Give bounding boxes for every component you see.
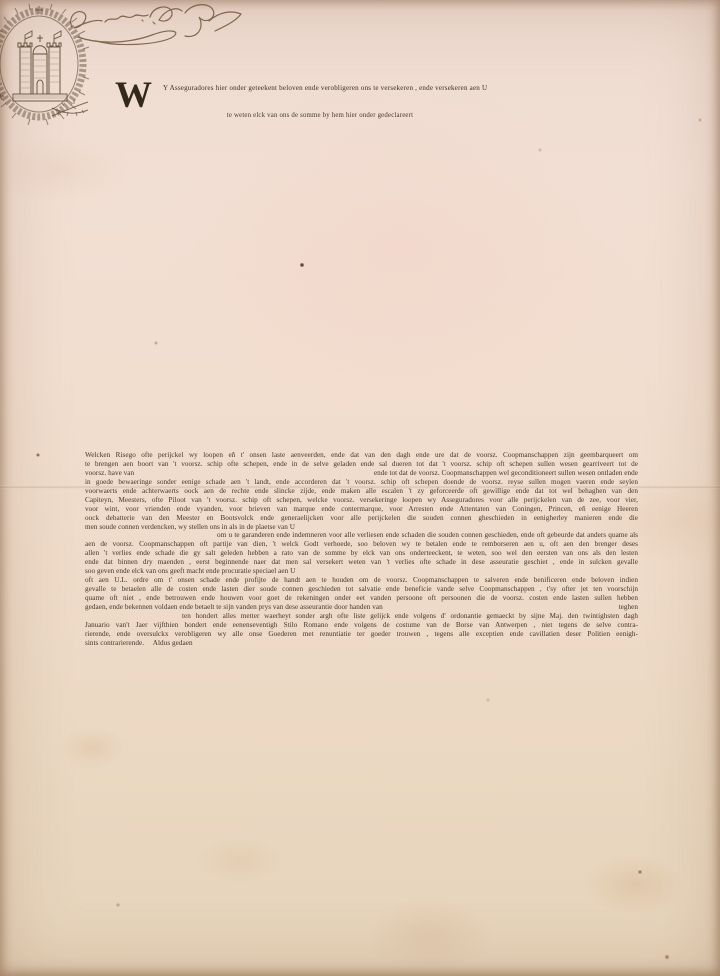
- policy-text-line: men soude connen verdencken, wy stellen …: [85, 523, 638, 532]
- policy-text-line: Welcken Risego ofte perijckel wy loopen …: [85, 451, 638, 460]
- policy-text-line: oock debatterie van den Meester en Boots…: [85, 514, 638, 523]
- policy-text-line: rierende, ende oversulckx verobligeren w…: [85, 630, 638, 639]
- policy-text-line: voor wint, voor vrienden ende vyanden, v…: [85, 505, 638, 514]
- policy-text-line: voorwaerts ende achterwaerts oock aen de…: [85, 487, 638, 496]
- policy-text-line: gedaen, ende bekennen voldaen ende betae…: [85, 603, 638, 612]
- policy-text-line: in goede bewaeringe sonder eenige schade…: [85, 478, 638, 487]
- policy-text-line: Januario van't Jaer vijfthien hondert en…: [85, 621, 638, 630]
- policy-text-line: te brengen aen boort van 't voorsz. schi…: [85, 460, 638, 469]
- policy-text-line: gevalle te betaelen alle de costen ende …: [85, 585, 638, 594]
- policy-text-line: ende dat binnen dry maenden , eerst begi…: [85, 558, 638, 567]
- policy-text-block: Welcken Risego ofte perijckel wy loopen …: [85, 451, 638, 648]
- declared-sum-line: te weten elck van ons de somme by hem hi…: [120, 112, 520, 119]
- document-page: W Y Asseguradores hier onder geteekent b…: [0, 0, 720, 976]
- handwritten-inscription: [58, 0, 250, 48]
- policy-text-line: aen de voorsz. Coopmanschappen oft parti…: [85, 540, 638, 549]
- policy-text-line: sints contrarierende. Aldus gedaen: [85, 639, 638, 648]
- policy-text-line: Capiteyn, Meesters, ofte Piloot van 't v…: [85, 496, 638, 505]
- policy-text-line: quame oft niet , ende betrouwen ende hou…: [85, 594, 638, 603]
- policy-text-segment: gedaen, ende bekennen voldaen ende betae…: [85, 603, 383, 612]
- policy-text-line: voorsz. have vanende tot dat de voorsz. …: [85, 469, 638, 478]
- policy-text-line: soo geven ende elck van ons geeft macht …: [85, 567, 638, 576]
- policy-text-segment: voorsz. have van: [85, 469, 134, 478]
- policy-text-line: allen 't verlies ende schade die gy salt…: [85, 549, 638, 558]
- policy-text-line: om u te garanderen ende indemneren voor …: [85, 531, 638, 540]
- policy-text-line: ten hondert alles metter waerheyt sonder…: [85, 612, 638, 621]
- policy-opening-line: Y Asseguradores hier onder geteekent bel…: [163, 84, 487, 92]
- policy-text-segment: ende tot dat de voorsz. Coopmanschappen …: [374, 469, 638, 478]
- policy-text-segment: teghen: [619, 603, 638, 612]
- policy-text-line: oft aen U.L. ordre om t' onsen schade en…: [85, 576, 638, 585]
- drop-cap-w: W: [115, 80, 147, 114]
